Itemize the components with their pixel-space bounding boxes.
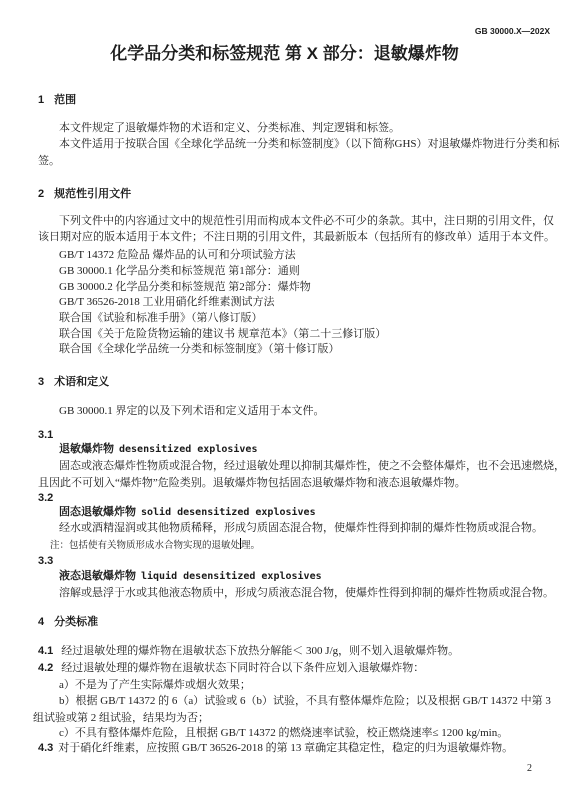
section-1-paragraph-line: 本文件适用于按联合国《全球化学品统一分类和标签制度》（以下简称GHS）对退敏爆炸… <box>59 138 560 151</box>
section-1-number: 1 <box>38 94 44 106</box>
section-1-paragraph-line: 签。 <box>38 155 60 168</box>
clause-4-1-text: 经过退敏处理的爆炸物在退敏状态下放热分解能＜ 300 J/g，则不划入退敏爆炸物… <box>61 645 459 657</box>
term-2-title: 固态退敏爆炸物solid desensitized explosives <box>59 506 316 519</box>
term-3-title-en: liquid desensitized explosives <box>141 571 322 582</box>
list-item-b-line: b）根据 GB/T 14372 的 6（a）试验或 6（b）试验，不具有整体爆炸… <box>59 695 551 708</box>
clause-4-3-text: 对于硝化纤维素，应按照 GB/T 36526-2018 的第 13 章确定其稳定… <box>58 742 513 754</box>
section-2-number: 2 <box>38 188 44 200</box>
section-1-paragraph-line: 本文件规定了退敏爆炸物的术语和定义、分类标准、判定逻辑和标签。 <box>59 122 400 135</box>
clause-4-2: 4.2经过退敏处理的爆炸物在退敏状态下同时符合以下条件应划入退敏爆炸物： <box>38 662 424 675</box>
term-1-definition-line: 且因此不可划入“爆炸物”危险类别。退敏爆炸物包括固态退敏爆炸物和液态退敏爆炸物。 <box>38 477 466 490</box>
term-3-definition-line: 溶解或悬浮于水或其他液态物质中，形成匀质液态混合物，使爆炸性得到抑制的爆炸性物质… <box>59 587 554 600</box>
reference-item: GB 30000.1 化学品分类和标签规范 第1部分：通则 <box>59 265 300 278</box>
list-item-a: a）不是为了产生实际爆炸或烟火效果； <box>59 679 251 692</box>
section-4-number: 4 <box>38 616 44 628</box>
section-2-label: 规范性引用文件 <box>54 188 131 200</box>
list-item-b-line: 组试验或第 2 组试验，结果均为否； <box>33 712 209 725</box>
reference-item: 联合国《试验和标准手册》（第八修订版） <box>59 312 263 325</box>
section-2-paragraph-line: 下列文件中的内容通过文中的规范性引用而构成本文件必不可少的条款。其中，注日期的引… <box>59 215 554 228</box>
note-text-before-cursor: 注：包括使有关物质形成水合物实现的退敏处 <box>50 541 240 551</box>
reference-item: 联合国《关于危险货物运输的建议书 规章范本》（第二十三修订版） <box>59 328 386 341</box>
reference-item: GB/T 36526-2018 工业用硝化纤维素测试方法 <box>59 296 275 309</box>
term-1-definition-line: 固态或液态爆炸性物质或混合物，经过退敏处理以抑制其爆炸性，使之不会整体爆炸，也不… <box>59 460 565 473</box>
reference-item: GB/T 14372 危险品 爆炸品的认可和分项试验方法 <box>59 249 296 262</box>
page-number: 2 <box>527 762 532 775</box>
term-3-title-zh: 液态退敏爆炸物 <box>59 570 136 582</box>
section-3-label: 术语和定义 <box>54 376 109 388</box>
term-2-note: 注：包括使有关物质形成水合物实现的退敏处理。 <box>50 538 260 553</box>
clause-4-2-text: 经过退敏处理的爆炸物在退敏状态下同时符合以下条件应划入退敏爆炸物： <box>61 662 424 674</box>
section-2-paragraph-line: 该日期对应的版本适用于本文件；不注日期的引用文件，其最新版本（包括所有的修改单）… <box>38 231 555 244</box>
term-3-title: 液态退敏爆炸物liquid desensitized explosives <box>59 570 322 583</box>
term-1-number: 3.1 <box>38 429 53 442</box>
section-2-heading: 2规范性引用文件 <box>38 188 131 201</box>
standard-code: GB 30000.X—202X <box>475 26 550 36</box>
clause-4-1-number: 4.1 <box>38 645 53 657</box>
reference-item: 联合国《全球化学品统一分类和标签制度》（第十修订版） <box>59 343 340 356</box>
section-3-intro: GB 30000.1 界定的以及下列术语和定义适用于本文件。 <box>59 405 325 418</box>
section-1-label: 范围 <box>54 94 76 106</box>
term-1-title: 退敏爆炸物desensitized explosives <box>59 443 257 456</box>
term-3-number: 3.3 <box>38 555 53 568</box>
section-1-heading: 1范围 <box>38 94 76 107</box>
document-title: 化学品分类和标签规范 第 X 部分：退敏爆炸物 <box>0 44 569 63</box>
list-item-c: c）不具有整体爆炸危险，且根据 GB/T 14372 的燃烧速率试验，校正燃烧速… <box>59 727 508 740</box>
term-2-title-en: solid desensitized explosives <box>141 507 316 518</box>
term-1-title-en: desensitized explosives <box>119 444 257 455</box>
term-2-title-zh: 固态退敏爆炸物 <box>59 506 136 518</box>
section-3-heading: 3术语和定义 <box>38 376 109 389</box>
clause-4-3-number: 4.3 <box>38 742 53 754</box>
term-2-number: 3.2 <box>38 492 53 505</box>
clause-4-1: 4.1经过退敏处理的爆炸物在退敏状态下放热分解能＜ 300 J/g，则不划入退敏… <box>38 645 459 658</box>
term-2-definition-line: 经水或酒精湿润或其他物质稀释，形成匀质固态混合物，使爆炸性得到抑制的爆炸性物质或… <box>59 522 543 535</box>
section-3-number: 3 <box>38 376 44 388</box>
section-4-label: 分类标准 <box>54 616 98 628</box>
clause-4-2-number: 4.2 <box>38 662 53 674</box>
section-4-heading: 4分类标准 <box>38 616 98 629</box>
document-page: GB 30000.X—202X 化学品分类和标签规范 第 X 部分：退敏爆炸物 … <box>0 0 569 801</box>
note-text-after-cursor: 理。 <box>241 541 260 551</box>
term-1-title-zh: 退敏爆炸物 <box>59 443 114 455</box>
clause-4-3: 4.3对于硝化纤维素，应按照 GB/T 36526-2018 的第 13 章确定… <box>38 742 513 755</box>
reference-item: GB 30000.2 化学品分类和标签规范 第2部分：爆炸物 <box>59 281 311 294</box>
